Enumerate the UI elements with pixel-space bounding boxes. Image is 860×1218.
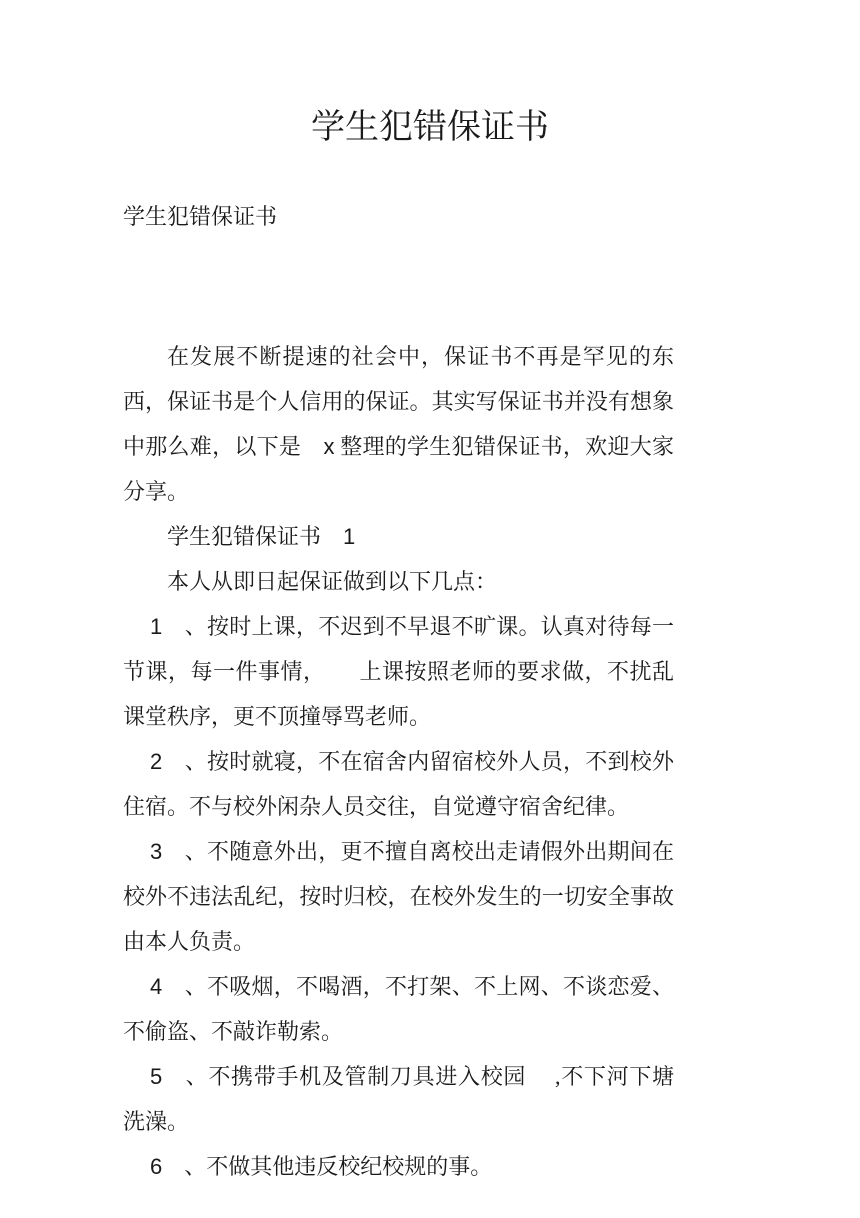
pledge-item-4: 4 、不吸烟，不喝酒，不打架、不上网、不谈恋爱、不偷盗、不敲诈勒索。 — [123, 964, 674, 1054]
document-title: 学生犯错保证书 — [0, 0, 860, 153]
item-number: 5 — [150, 1064, 162, 1089]
pledge-item-1: 1 、按时上课，不迟到不早退不旷课。认真对待每一节课，每一件事情， 上课按照老师… — [123, 604, 674, 739]
intro-paragraph: 在发展不断提速的社会中，保证书不再是罕见的东西，保证书是个人信用的保证。其实写保… — [123, 334, 674, 514]
item-text: 、不做其他违反校纪校规的事。 — [162, 1154, 492, 1179]
item-text: 、不携带手机及管制刀具进入校园 ,不下河下塘洗澡。 — [123, 1064, 674, 1134]
section-heading-number: 1 — [343, 524, 355, 549]
item-number: 6 — [150, 1154, 162, 1179]
pledge-item-3: 3 、不随意外出，更不擅自离校出走请假外出期间在校外不违法乱纪，按时归校，在校外… — [123, 829, 674, 964]
item-text: 、按时就寝，不在宿舍内留宿校外人员，不到校外住宿。不与校外闲杂人员交往，自觉遵守… — [123, 749, 674, 819]
pledge-item-5: 5 、不携带手机及管制刀具进入校园 ,不下河下塘洗澡。 — [123, 1054, 674, 1144]
item-text: 、不随意外出，更不擅自离校出走请假外出期间在校外不违法乱纪，按时归校，在校外发生… — [123, 839, 674, 954]
section-heading: 学生犯错保证书 1 — [123, 514, 674, 559]
compiler-placeholder-x: x — [323, 434, 334, 459]
item-number: 4 — [150, 974, 162, 999]
pledge-item-6: 6 、不做其他违反校纪校规的事。 — [123, 1144, 674, 1189]
pledge-item-2: 2 、按时就寝，不在宿舍内留宿校外人员，不到校外住宿。不与校外闲杂人员交往，自觉… — [123, 739, 674, 829]
item-number: 3 — [150, 839, 162, 864]
item-text: 、按时上课，不迟到不早退不旷课。认真对待每一节课，每一件事情， 上课按照老师的要… — [123, 614, 674, 729]
item-number: 2 — [150, 749, 162, 774]
document-body: 在发展不断提速的社会中，保证书不再是罕见的东西，保证书是个人信用的保证。其实写保… — [123, 334, 674, 1189]
document-subtitle: 学生犯错保证书 — [123, 202, 674, 232]
section-heading-text: 学生犯错保证书 — [167, 524, 343, 549]
item-text: 、不吸烟，不喝酒，不打架、不上网、不谈恋爱、不偷盗、不敲诈勒索。 — [123, 974, 674, 1044]
pledge-intro: 本人从即日起保证做到以下几点： — [123, 559, 674, 604]
document-page: 学生犯错保证书 学生犯错保证书 在发展不断提速的社会中，保证书不再是罕见的东西，… — [0, 0, 860, 1218]
item-number: 1 — [150, 614, 162, 639]
